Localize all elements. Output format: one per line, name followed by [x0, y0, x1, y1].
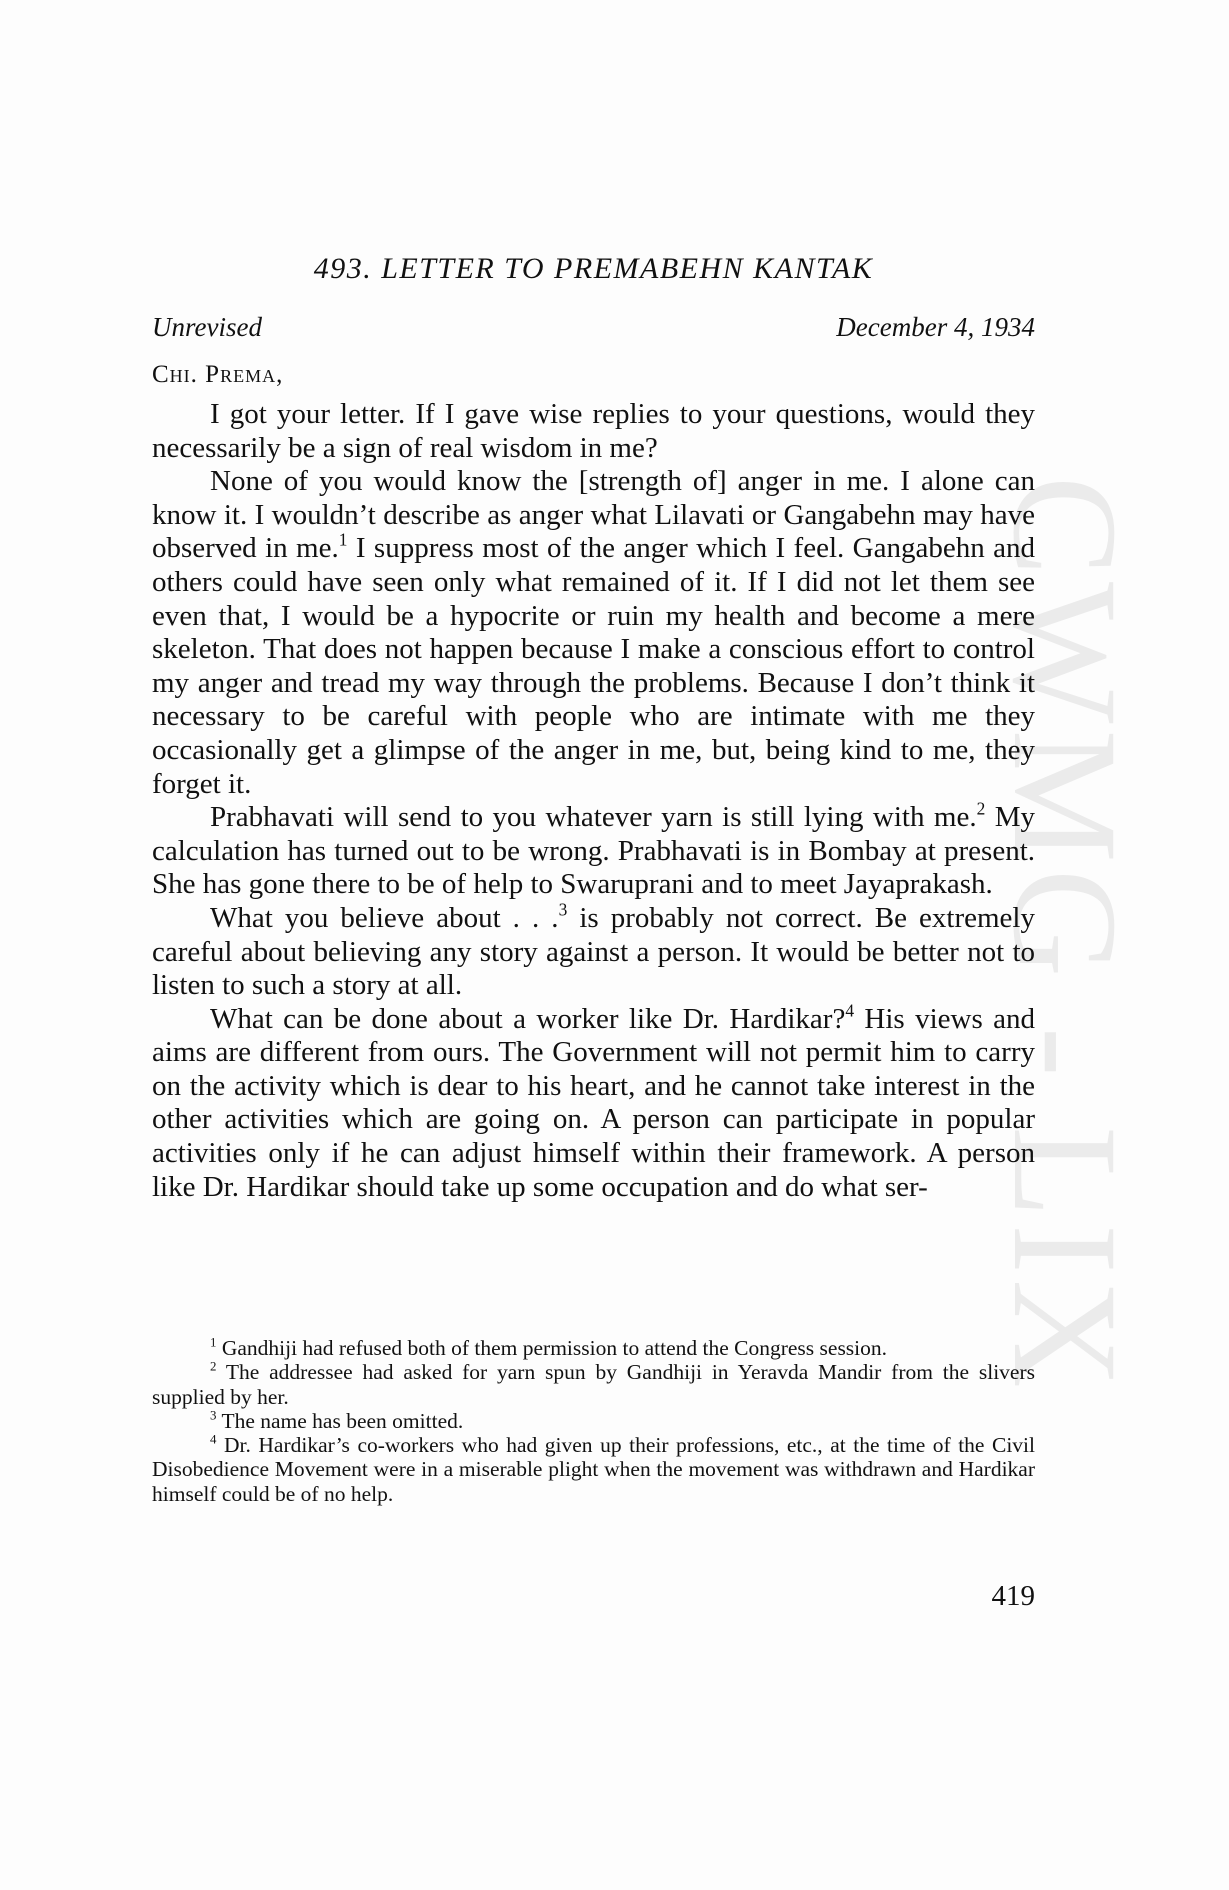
letter-date: December 4, 1934 — [836, 312, 1035, 343]
letter-body: I got your letter. If I gave wise replie… — [152, 398, 1035, 1204]
footnote: 4 Dr. Hardikar’s co-workers who had give… — [152, 1433, 1035, 1506]
letter-title: 493. LETTER TO PREMABEHN KANTAK — [152, 252, 1035, 286]
footnote-text: The addressee had asked for yarn spun by… — [152, 1360, 1035, 1408]
page-number: 419 — [992, 1580, 1036, 1613]
body-paragraph: What you believe about . . .3 is probabl… — [152, 902, 1035, 1003]
body-text-segment: What you believe about . . . — [210, 902, 559, 934]
footnote: 3 The name has been omitted. — [152, 1409, 1035, 1433]
letter-meta: Unrevised December 4, 1934 — [152, 312, 1035, 343]
body-paragraph: I got your letter. If I gave wise replie… — [152, 398, 1035, 465]
body-paragraph: Prabhavati will send to you whatever yar… — [152, 801, 1035, 902]
body-text-segment: I suppress most of the anger which I fee… — [152, 532, 1035, 799]
footnote-ref: 4 — [845, 1000, 854, 1020]
footnote-text: Dr. Hardikar’s co-workers who had given … — [152, 1433, 1035, 1506]
footnotes: 1 Gandhiji had refused both of them perm… — [152, 1336, 1035, 1506]
body-text-segment: I got your letter. If I gave wise replie… — [152, 398, 1035, 464]
footnote-ref: 2 — [977, 799, 986, 819]
footnote-text: Gandhiji had refused both of them permis… — [216, 1336, 887, 1360]
footnote: 2 The addressee had asked for yarn spun … — [152, 1360, 1035, 1409]
body-paragraph: None of you would know the [strength of]… — [152, 465, 1035, 801]
revision-status: Unrevised — [152, 312, 262, 343]
body-text-segment: Prabhavati will send to you whatever yar… — [210, 801, 977, 833]
footnote-ref: 3 — [559, 900, 568, 920]
salutation: Chi. Prema, — [152, 361, 283, 389]
footnote: 1 Gandhiji had refused both of them perm… — [152, 1336, 1035, 1360]
body-text-segment: What can be done about a worker like Dr.… — [210, 1003, 845, 1035]
footnote-text: The name has been omitted. — [216, 1409, 463, 1433]
body-paragraph: What can be done about a worker like Dr.… — [152, 1003, 1035, 1205]
